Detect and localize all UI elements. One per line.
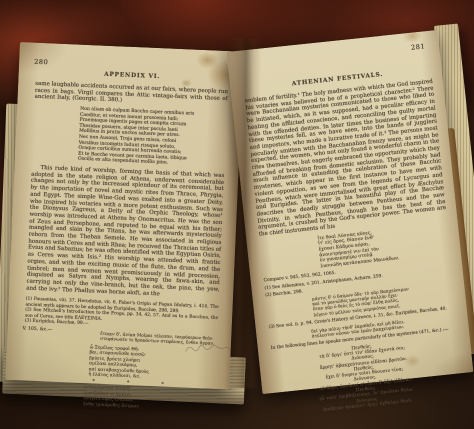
right-page: ATHENIAN FESTIVALS. 281 emblem of fertil… <box>227 30 474 394</box>
left-page: 280 APPENDIX VI. same laughable accident… <box>5 42 244 389</box>
right-page-number: 281 <box>411 42 426 51</box>
verse-reference-label: V. 105, &c.— <box>22 326 52 332</box>
right-body-paragraph: emblem of fertility.¹ The holy madness w… <box>245 79 448 239</box>
pencil-inscription <box>184 341 231 357</box>
latin-verse-quotation: Non aliam ob culpam Baccho caper omnibus… <box>78 107 227 169</box>
left-footnotes: (1) Pausanias, viii. 37. Herodotus, vii.… <box>25 297 219 333</box>
left-page-number: 280 <box>34 58 48 67</box>
greek-stanza-2: ὦ θαλάμευμα Κουρή- των ζάθεοί τε Κρῆτες … <box>83 385 215 412</box>
left-body-paragraph: This rude kind of worship, forming the b… <box>26 165 224 301</box>
photograph-open-antique-book: 280 APPENDIX VI. same laughable accident… <box>0 0 474 429</box>
left-intro-paragraph: same laughable accidents occurred as at … <box>34 81 228 110</box>
left-running-header: APPENDIX VI. <box>104 72 160 80</box>
